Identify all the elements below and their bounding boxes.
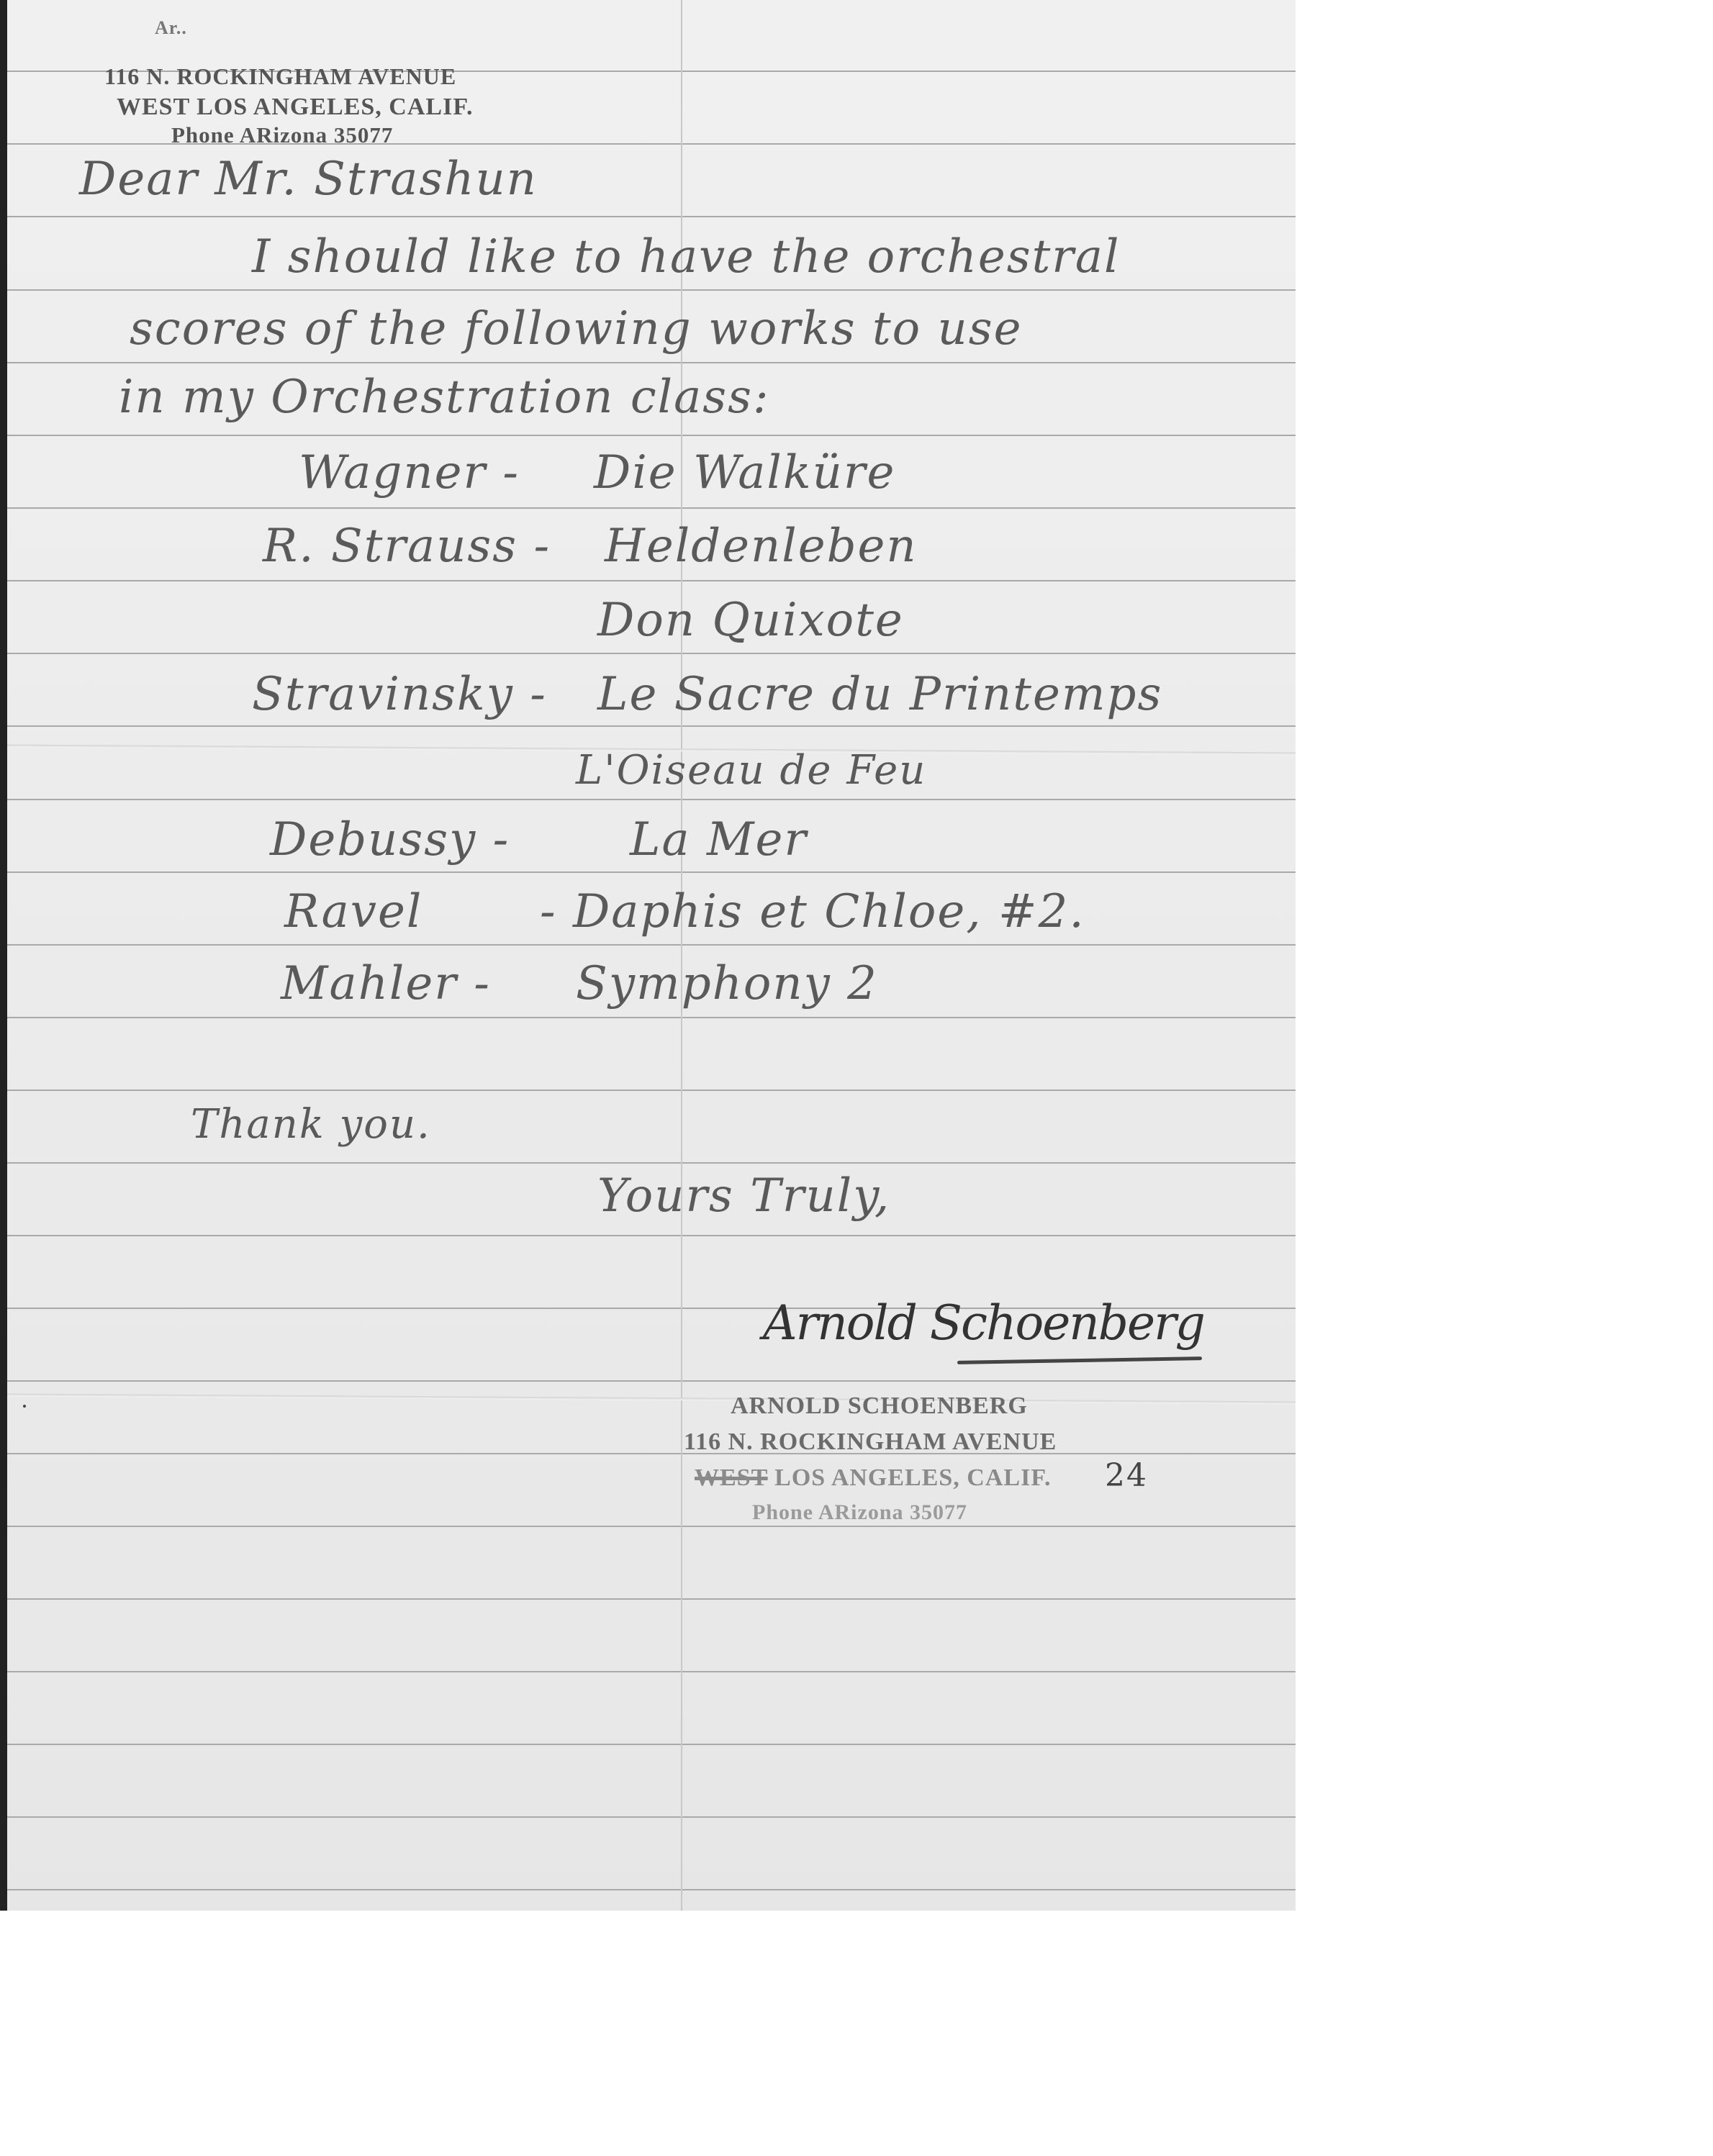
ruled-line <box>7 1598 1296 1600</box>
ruled-line <box>7 799 1296 800</box>
body-line: scores of the following works to use <box>130 302 1022 355</box>
ruled-line <box>7 580 1296 581</box>
ruled-line <box>7 1526 1296 1527</box>
work-composer: Mahler - <box>281 957 491 1010</box>
stamp-name: ARNOLD SCHOENBERG <box>731 1392 1028 1420</box>
ruled-line <box>7 725 1296 727</box>
ruled-line <box>7 871 1296 873</box>
paper-speck <box>23 1405 26 1408</box>
ruled-line <box>7 216 1296 217</box>
salutation: Dear Mr. Strashun <box>79 153 538 206</box>
ruled-line <box>7 1380 1296 1382</box>
work-title: L'Oiseau de Feu <box>576 747 926 794</box>
work-title: Die Walküre <box>594 446 895 499</box>
work-title: Le Sacre du Printemps <box>597 668 1162 721</box>
ruled-line <box>7 1889 1296 1890</box>
ruled-line <box>7 1816 1296 1818</box>
signature-underline <box>957 1356 1202 1364</box>
ruled-line <box>7 1744 1296 1745</box>
work-composer: Stravinsky - <box>252 668 547 721</box>
work-composer: R. Strauss - <box>263 520 551 573</box>
stamp-address: 116 N. ROCKINGHAM AVENUE <box>684 1428 1057 1456</box>
ruled-line <box>7 435 1296 436</box>
work-title: Symphony 2 <box>576 957 878 1010</box>
ruled-line <box>7 507 1296 509</box>
ruled-line <box>7 362 1296 363</box>
letterhead-city: WEST LOS ANGELES, CALIF. <box>117 94 473 121</box>
closing-line: Yours Truly, <box>597 1169 890 1223</box>
ruled-line <box>7 1671 1296 1672</box>
work-composer: Debussy - <box>270 813 510 866</box>
work-title: La Mer <box>630 813 808 866</box>
letter-paper: Ar.. 116 N. ROCKINGHAM AVENUE WEST LOS A… <box>0 0 1296 1911</box>
work-composer: Wagner - <box>299 446 520 499</box>
work-title: Don Quixote <box>597 594 904 647</box>
body-line: I should like to have the orchestral <box>252 230 1121 284</box>
fold-crease <box>7 1394 1296 1405</box>
ruled-line <box>7 653 1296 654</box>
work-composer: Ravel <box>284 885 422 938</box>
stamp-city: WEST LOS ANGELES, CALIF. <box>695 1464 1051 1492</box>
letterhead-phone: Phone ARizona 35077 <box>171 122 393 148</box>
ruled-line <box>7 289 1296 291</box>
ruled-line <box>7 1162 1296 1164</box>
work-title: Heldenleben <box>605 520 918 573</box>
ruled-line <box>7 1453 1296 1454</box>
stamp-city-struck: WEST <box>695 1464 768 1491</box>
body-line: in my Orchestration class: <box>119 371 770 424</box>
ruled-line <box>7 1090 1296 1091</box>
stamp-city-rest: LOS ANGELES, CALIF. <box>768 1464 1052 1491</box>
stamp-phone: Phone ARizona 35077 <box>752 1500 967 1525</box>
letterhead-address: 116 N. ROCKINGHAM AVENUE <box>104 63 456 90</box>
letterhead-name: Ar.. <box>155 17 187 39</box>
ruled-line <box>7 944 1296 946</box>
thanks-line: Thank you. <box>191 1101 431 1148</box>
work-title: - Daphis et Chloe, #2. <box>540 885 1085 938</box>
signature: Arnold Schoenberg <box>763 1295 1204 1351</box>
ruled-line <box>7 1235 1296 1236</box>
ruled-line <box>7 1017 1296 1018</box>
annotation-number: 24 <box>1105 1457 1148 1494</box>
margin-line <box>681 0 682 1911</box>
